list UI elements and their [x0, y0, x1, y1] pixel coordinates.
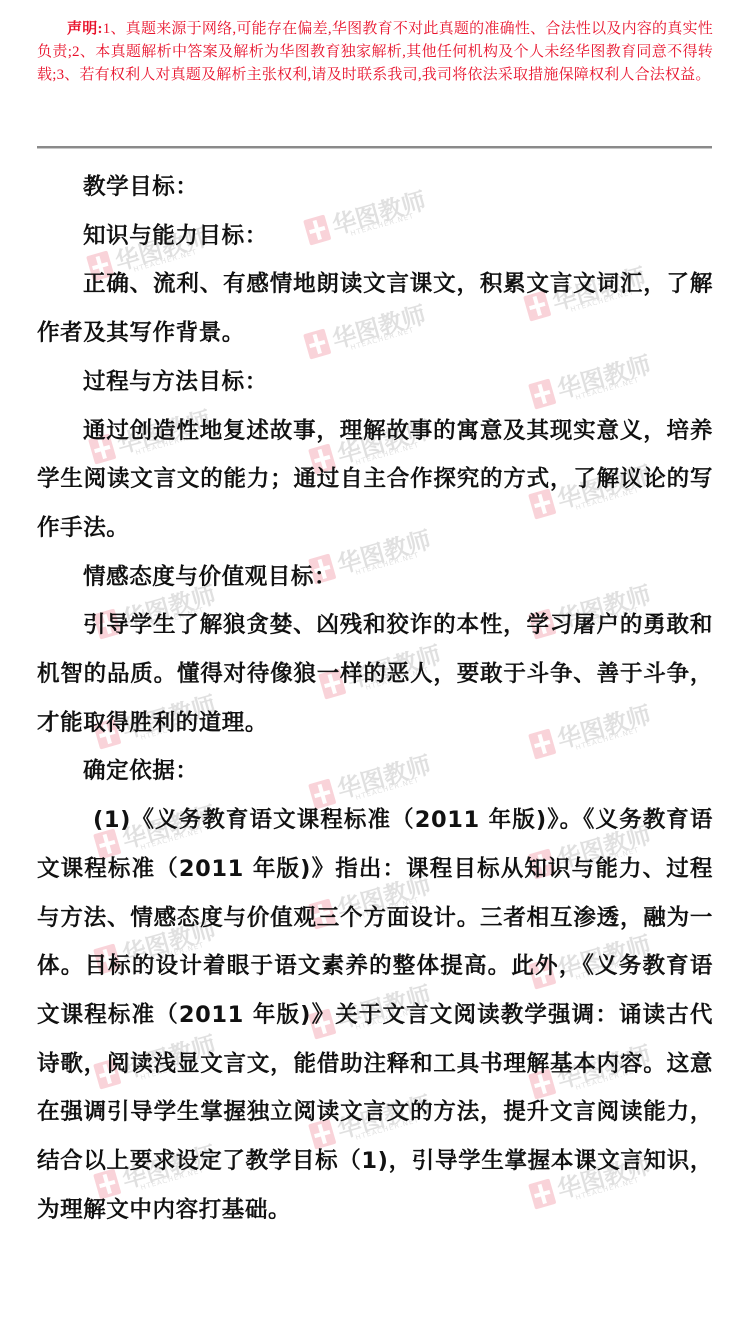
paragraph-knowledge-ability: 正确、流利、有感情地朗读文言课文，积累文言文词汇，了解作者及其写作背景。: [37, 260, 713, 357]
paragraph-emotion-values: 引导学生了解狼贪婪、凶残和狡诈的本性，学习屠户的勇敢和机智的品质。懂得对待像狼一…: [37, 601, 713, 747]
heading-teaching-goals: 教学目标：: [37, 163, 713, 212]
disclaimer-text: 1、真题来源于网络,可能存在偏差,华图教育不对此真题的准确性、合法性以及内容的真…: [37, 21, 713, 83]
paragraph-basis-1: (1)《义务教育语文课程标准（2011 年版)》。《义务教育语文课程标准（201…: [37, 796, 713, 1234]
disclaimer: 声明:1、真题来源于网络,可能存在偏差,华图教育不对此真题的准确性、合法性以及内…: [37, 18, 713, 87]
document-body: 教学目标： 知识与能力目标： 正确、流利、有感情地朗读文言课文，积累文言文词汇，…: [37, 163, 713, 1234]
paragraph-process-method: 通过创造性地复述故事，理解故事的寓意及其现实意义，培养学生阅读文言文的能力；通过…: [37, 407, 713, 553]
heading-process-method: 过程与方法目标：: [37, 358, 713, 407]
heading-knowledge-ability: 知识与能力目标：: [37, 212, 713, 261]
heading-basis: 确定依据：: [37, 747, 713, 796]
header-divider: [37, 146, 712, 149]
heading-emotion-values: 情感态度与价值观目标：: [37, 553, 713, 602]
disclaimer-lead: 声明:: [67, 21, 103, 37]
